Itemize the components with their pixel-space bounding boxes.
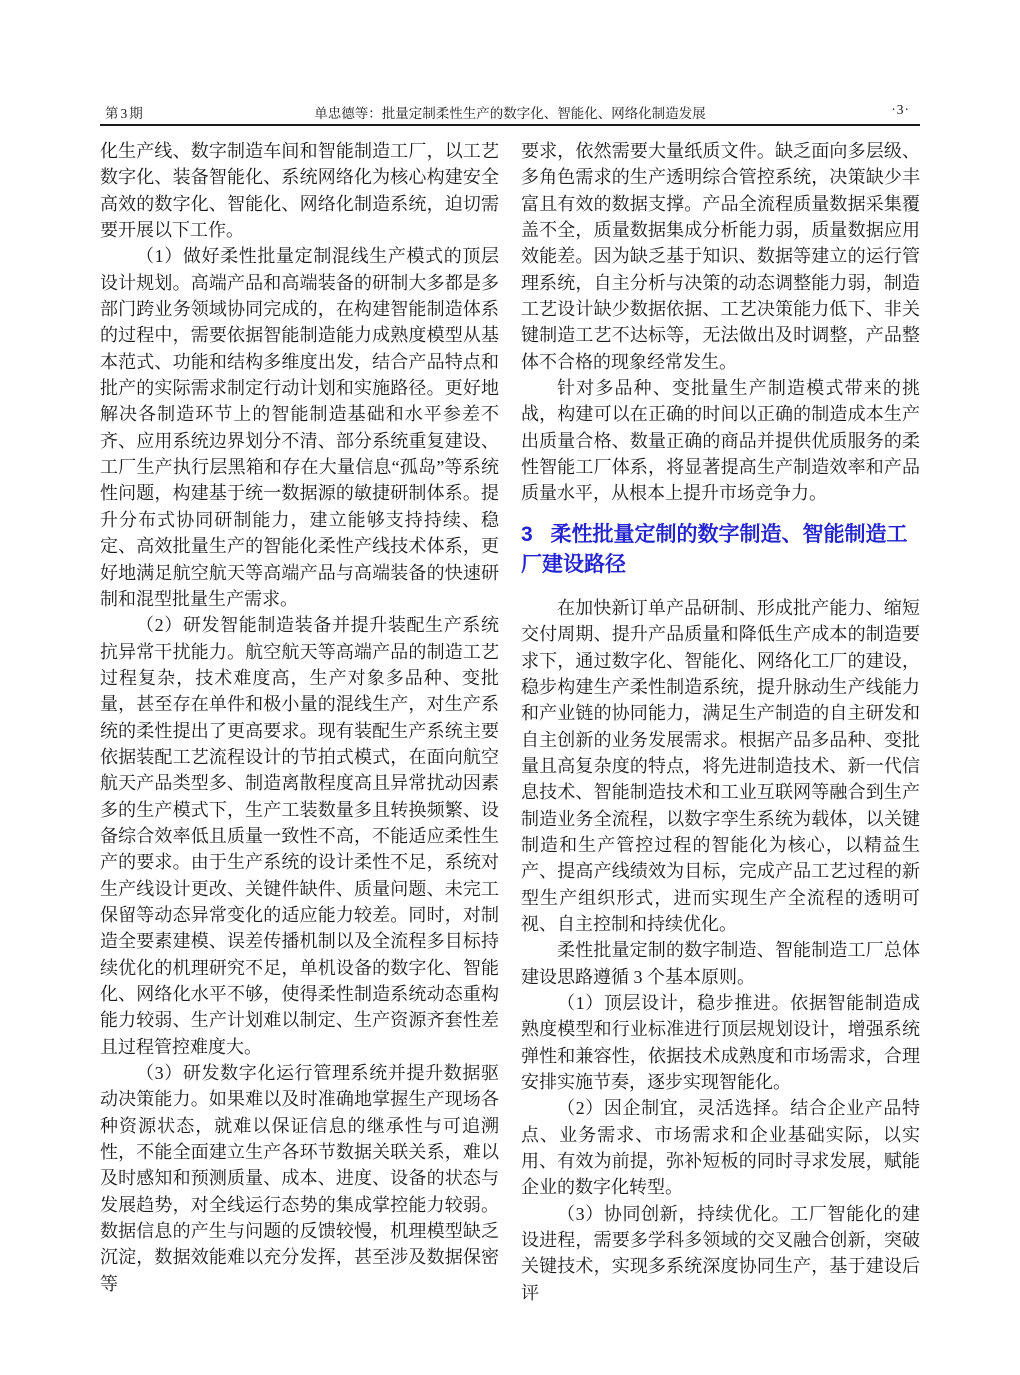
left-column: 化生产线、数字制造车间和智能制造工厂，以工艺数字化、装备智能化、系统网络化为核心… — [100, 138, 499, 1297]
paragraph: （1）做好柔性批量定制混线生产模式的顶层设计规划。高端产品和高端装备的研制大多都… — [100, 243, 499, 612]
section-heading: 3柔性批量定制的数字制造、智能制造工厂建设路径 — [521, 520, 920, 581]
right-column: 要求，依然需要大量纸质文件。缺乏面向多层级、多角色需求的生产透明综合管控系统，决… — [521, 138, 920, 1306]
paragraph: 化生产线、数字制造车间和智能制造工厂，以工艺数字化、装备智能化、系统网络化为核心… — [100, 138, 499, 243]
page-number: ·3· — [891, 102, 910, 118]
paragraph: 在加快新订单产品研制、形成批产能力、缩短交付周期、提升产品质量和降低生产成本的制… — [521, 595, 920, 937]
paragraph: （2）研发智能制造装备并提升装配生产系统抗异常干扰能力。航空航天等高端产品的制造… — [100, 612, 499, 1060]
paragraph: 柔性批量定制的数字制造、智能制造工厂总体建设思路遵循 3 个基本原则。 — [521, 937, 920, 990]
paper-page: { "colors": { "heading_blue": "#2323d1",… — [0, 0, 1020, 1375]
paragraph: （3）研发数字化运行管理系统并提升数据驱动决策能力。如果难以及时准确地掌握生产现… — [100, 1060, 499, 1297]
header-divider — [100, 124, 920, 126]
paragraph: 要求，依然需要大量纸质文件。缺乏面向多层级、多角色需求的生产透明综合管控系统，决… — [521, 138, 920, 375]
paragraph: （2）因企制宜，灵活选择。结合企业产品特点、业务需求、市场需求和企业基础实际，以… — [521, 1095, 920, 1200]
section-number: 3 — [521, 523, 533, 546]
paragraph: （1）顶层设计，稳步推进。依据智能制造成熟度模型和行业标准进行顶层规划设计，增强… — [521, 990, 920, 1095]
running-title: 单忠德等：批量定制柔性生产的数字化、智能化、网络化制造发展 — [100, 102, 920, 122]
paragraph: 针对多品种、变批量生产制造模式带来的挑战，构建可以在正确的时间以正确的制造成本生… — [521, 375, 920, 507]
paragraph: （3）协同创新，持续优化。工厂智能化的建设进程，需要多学科多领域的交叉融合创新，… — [521, 1201, 920, 1306]
